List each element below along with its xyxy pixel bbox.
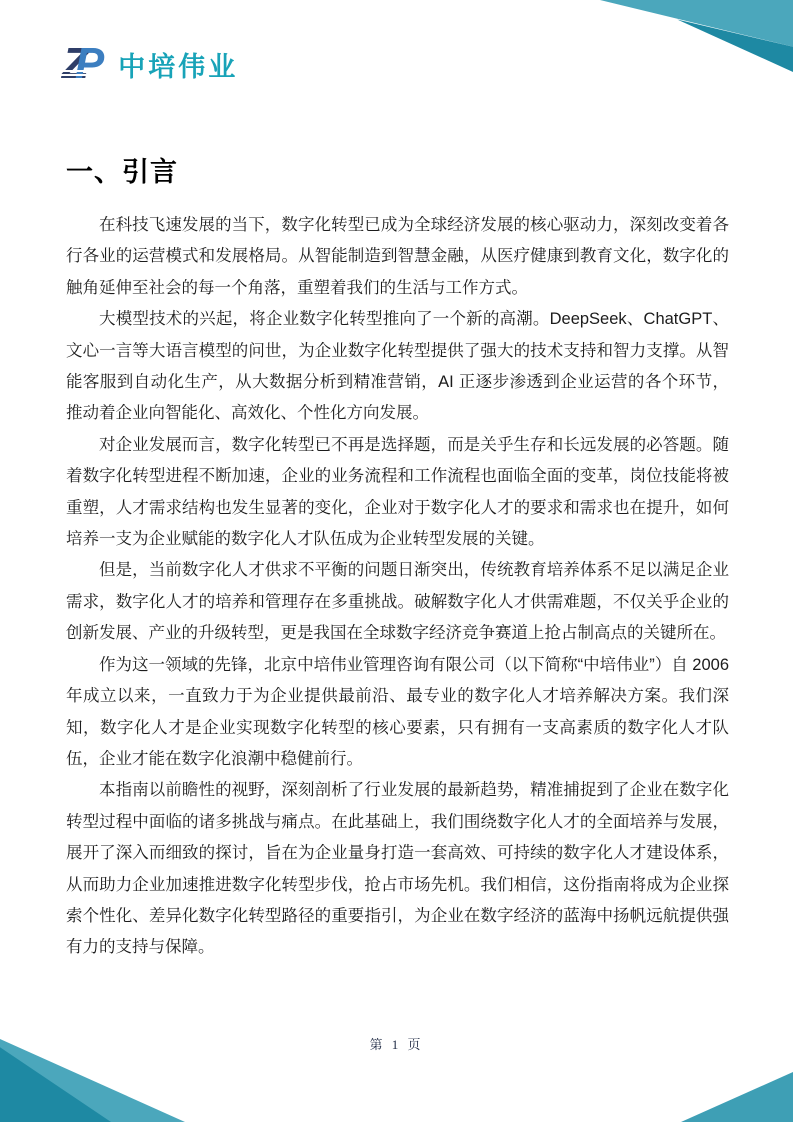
page-number: 第 1 页 [369, 1037, 423, 1052]
body-paragraph: 对企业发展而言，数字化转型已不再是选择题，而是关乎生存和长远发展的必答题。随着数… [66, 430, 729, 556]
corner-decoration-top-right [600, 0, 793, 72]
body-paragraph: 大模型技术的兴起，将企业数字化转型推向了一个新的高潮。DeepSeek、Chat… [66, 304, 729, 430]
body-paragraph: 但是，当前数字化人才供求不平衡的问题日渐突出，传统教育培养体系不足以满足企业需求… [66, 555, 729, 649]
company-name: 中培伟业 [118, 45, 238, 84]
body-paragraph: 在科技飞速发展的当下，数字化转型已成为全球经济发展的核心驱动力，深刻改变着各行各… [66, 210, 729, 304]
company-logo: ZP 中培伟业 [62, 40, 238, 88]
document-page: ZP 中培伟业 一、引言 在科技飞速发展的当下，数字化转型已成为全球经济发展的核… [0, 0, 793, 1122]
section-heading: 一、引言 [66, 150, 729, 189]
body-paragraph: 本指南以前瞻性的视野，深刻剖析了行业发展的最新趋势，精准捕捉到了企业在数字化转型… [66, 775, 729, 963]
document-content: 一、引言 在科技飞速发展的当下，数字化转型已成为全球经济发展的核心驱动力，深刻改… [66, 150, 729, 964]
triangle-light [600, 0, 793, 72]
page-footer: 第 1 页 [0, 1034, 793, 1053]
triangle-dark [600, 0, 793, 72]
zp-monogram-icon: ZP [62, 40, 104, 88]
corner-decoration-bottom-right [681, 1072, 793, 1122]
triangle-light [681, 1072, 793, 1122]
body-paragraph: 作为这一领域的先锋，北京中培伟业管理咨询有限公司（以下简称“中培伟业”）自 20… [66, 650, 729, 776]
